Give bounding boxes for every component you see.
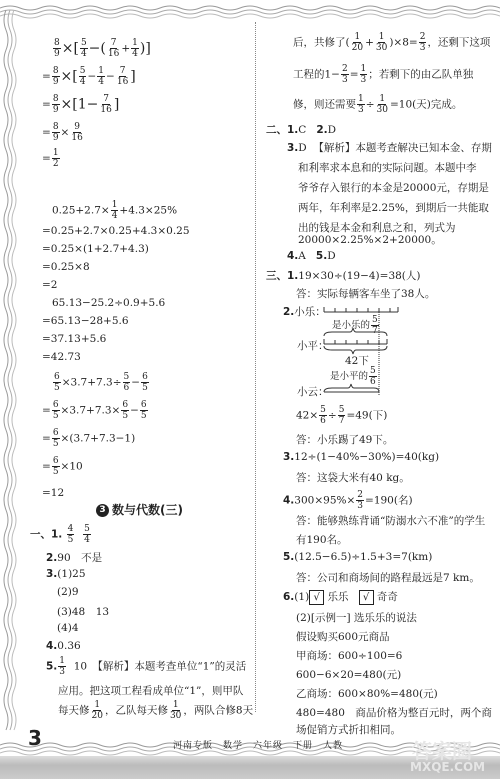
part1-q5-line2: 应用。把这项工程看成单位“1”，则甲队 bbox=[58, 683, 243, 698]
decorative-wave-border-top bbox=[0, 0, 500, 22]
part3-q6-line4: 甲商场：600÷100=6 bbox=[296, 648, 402, 663]
diagram-label-xiaoyun: 小云： bbox=[297, 384, 329, 399]
diagram-label-xiaoping: 小平： bbox=[297, 338, 329, 353]
checkbox-checked-qiqi: √ bbox=[359, 590, 374, 605]
part2-q4-q5: 4.A 5.D bbox=[287, 250, 336, 262]
calc4-line4: =65×10 bbox=[42, 456, 83, 477]
part3-q6-line6: 乙商场：600×80%=480(元) bbox=[296, 686, 438, 701]
calc2-line3: =0.25×(1+2.7+4.3) bbox=[42, 243, 149, 255]
fraction: 89 bbox=[53, 38, 61, 59]
part1-q2: 2.90 不是 bbox=[46, 550, 102, 565]
part3-q5-answer: 答：公司和商场间的路程最远是7 km。 bbox=[296, 570, 480, 585]
watermark-url: MXQE.COM bbox=[410, 760, 485, 774]
page-number: 3 bbox=[28, 726, 42, 750]
part1-q3-4: (4)4 bbox=[57, 622, 79, 634]
part3-q3-answer: 答：这袋大米有40 kg。 bbox=[296, 470, 410, 485]
footer-text: 河南专版 数学 六年级 下册 人教 bbox=[173, 738, 343, 751]
part3-q4-answer-line2: 有190名。 bbox=[296, 532, 348, 547]
calc2-line5: =2 bbox=[42, 279, 57, 291]
q5-cont-line3: 修，则还需要13÷130=10(天)完成。 bbox=[293, 94, 462, 115]
calc1-line4: =89×916 bbox=[42, 122, 85, 143]
part1-q3-2: (2)9 bbox=[57, 586, 79, 598]
calc4-line1: 65×3.7+7.3÷56−65 bbox=[52, 372, 150, 393]
calc4-line5: =12 bbox=[42, 487, 64, 499]
part1-q5-line3: 每天修120，乙队每天修130，两队合修8天 bbox=[58, 700, 253, 721]
calc3-line1: 65.13−25.2÷0.9+5.6 bbox=[52, 297, 165, 309]
calc3-line4: =42.73 bbox=[42, 351, 81, 363]
part1-q5: 5.13 10 【解析】本题考查单位“1”的灵活 bbox=[46, 656, 246, 677]
calc2-line2: =0.25+2.7×0.25+4.3×0.25 bbox=[42, 225, 190, 237]
part1-q3-3: (3)48 13 bbox=[57, 604, 109, 619]
column-divider bbox=[255, 22, 256, 712]
part2-q3: 3.D 【解析】本题考查解决已知本金、存期 bbox=[287, 140, 492, 155]
calc3-line2: =65.13−28+5.6 bbox=[42, 315, 129, 327]
part3-q6-line5: 600−6×20=480(元) bbox=[296, 667, 401, 682]
part3-q6-2: (2)[示例一] 选乐乐的说法 bbox=[296, 610, 417, 625]
part3-q6-line8: 场促销方式折扣相同。 bbox=[296, 722, 401, 737]
q5-cont-line2: 工程的1−23=13；若剩下的由乙队单独 bbox=[293, 64, 473, 85]
part3-q3: 3.12÷(1−40%−30%)=40(kg) bbox=[283, 451, 439, 463]
q5-cont-line1: 后，共修了(120+130)×8=23，还剩下这项 bbox=[293, 32, 490, 53]
part2-q1-q2: 二、1.C 2.D bbox=[266, 122, 336, 137]
part3-q5: 5.(12.5−6.5)÷1.5+3=7(km) bbox=[283, 551, 432, 563]
part3-q1-answer: 答：实际每辆客车坐了38人。 bbox=[296, 286, 435, 301]
part3-q1: 三、1.19×30÷(19−4)=38(人) bbox=[266, 268, 421, 283]
part2-q3-line6-text: 20000×2.25%×2+20000。 bbox=[298, 232, 442, 247]
calc3-line3: =37.13+5.6 bbox=[42, 333, 106, 345]
calc4-line3: =65×(3.7+7.3−1) bbox=[42, 428, 135, 449]
calc1-line3: =89×[1−716] bbox=[42, 94, 119, 115]
part1-q1: 一、1. 45 54 bbox=[30, 524, 92, 545]
part3-q6-line7: 480=480 商品价格为整百元时，两个商 bbox=[296, 705, 492, 720]
section-title: 3数与代数(三) bbox=[96, 501, 183, 518]
part3-q4-answer-line1: 答：能够熟练背诵“防溺水六不准”的学生 bbox=[296, 513, 485, 528]
calc4-line2: =65×3.7+7.3×65−65 bbox=[42, 400, 149, 421]
diagram-note-xiaoping: 是小平的56 bbox=[330, 366, 378, 387]
calc2-line4: =0.25×8 bbox=[42, 261, 90, 273]
part1-q4: 4.0.36 bbox=[46, 640, 81, 652]
part3-q2-label-xiaole: 2.小乐： bbox=[283, 304, 326, 319]
part1-q3: 3.(1)25 bbox=[46, 568, 86, 580]
checkbox-checked-lele: √ bbox=[309, 590, 324, 605]
calc1-line2: =89×[54−14−716] bbox=[42, 66, 136, 87]
calc1-line5: =12 bbox=[42, 148, 61, 169]
part2-q3-line3: 爷爷存入银行的本金是20000元，存期是 bbox=[298, 180, 489, 195]
decorative-wave-border-left bbox=[0, 0, 18, 750]
part2-q3-line4: 两年，年利率是2.25%，到期后一共能取 bbox=[298, 200, 489, 215]
part3-q2-expr: 42×56÷57=49(下) bbox=[296, 405, 387, 426]
part2-q3-line2: 和利率求本息和的实际问题。本题中李 bbox=[298, 160, 477, 175]
calc1-line1: 89×[54−(716+14)] bbox=[52, 38, 151, 59]
part3-q6-line3: 假设购买600元商品 bbox=[296, 629, 390, 644]
part3-q4: 4.300×95%×23=190(名) bbox=[283, 490, 413, 511]
calc2-line1: 0.25+2.7×14+4.3×25% bbox=[52, 200, 177, 221]
part3-q6-1: 6.(1)√ 乐乐 √ 奇奇 bbox=[283, 589, 398, 605]
part3-q2-answer: 答：小乐踢了49下。 bbox=[296, 432, 393, 447]
diagram-note-xiaole: 是小乐的57 bbox=[332, 315, 380, 336]
section-number-badge: 3 bbox=[96, 504, 109, 517]
